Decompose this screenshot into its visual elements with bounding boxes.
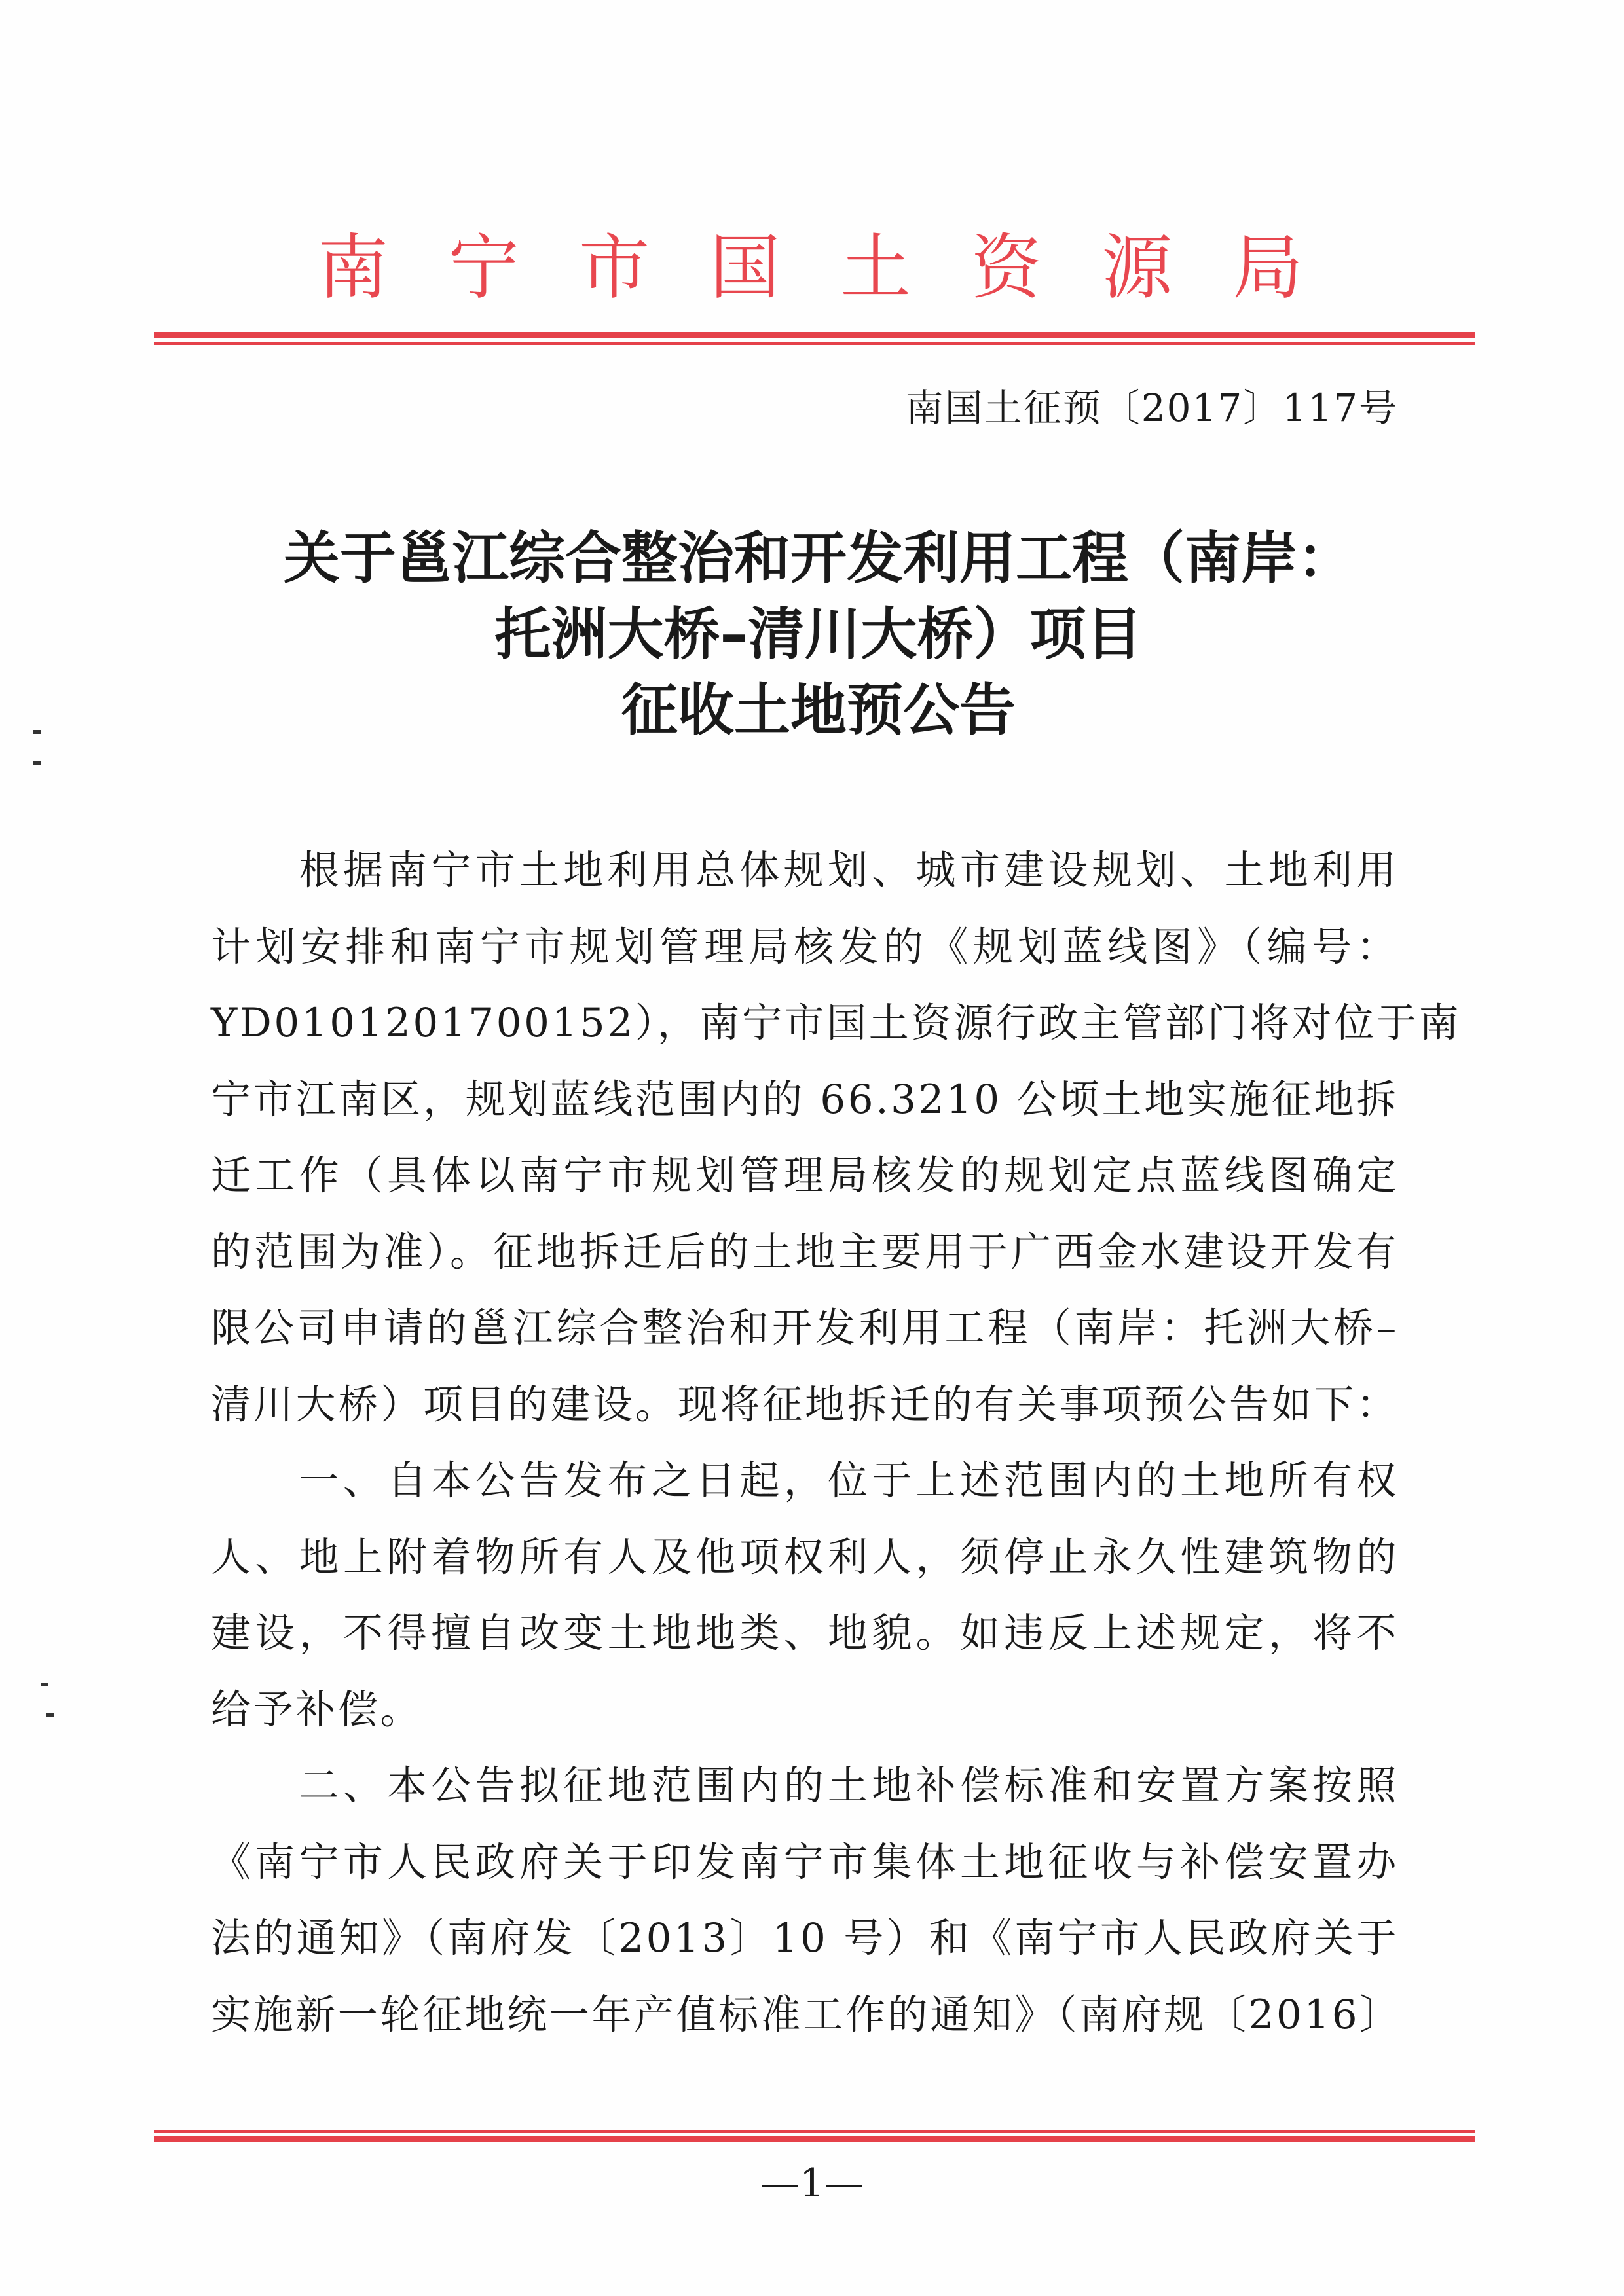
body-line: 清川大桥）项目的建设。现将征地拆迁的有关事项预公告如下： <box>211 1367 1399 1444</box>
document-title: 关于邕江综合整治和开发利用工程（南岸： 托洲大桥–清川大桥）项目 征收土地预公告 <box>131 520 1506 748</box>
issuer-char: 市 <box>579 233 650 304</box>
body-line: 限公司申请的邕江综合整治和开发利用工程（南岸：托洲大桥– <box>211 1290 1399 1367</box>
issuer-char: 宁 <box>449 233 519 304</box>
body-line: 的范围为准）。征地拆迁后的土地主要用于广西金水建设开发有 <box>211 1214 1399 1291</box>
scan-artifact <box>33 761 41 765</box>
footer-rule-thick <box>154 2136 1475 2142</box>
footer-rule-thin <box>154 2130 1475 2133</box>
issuer-header: 南 宁 市 国 土 资 源 局 <box>151 223 1473 314</box>
page-number: —1— <box>0 2160 1624 2206</box>
body-line: 法的通知》（南府发〔2013〕10 号）和《南宁市人民政府关于 <box>211 1901 1399 1977</box>
body-line: 迁工作（具体以南宁市规划管理局核发的规划定点蓝线图确定 <box>211 1138 1399 1214</box>
header-rule-thick <box>154 332 1475 338</box>
document-number: 南国土征预〔2017〕117号 <box>906 385 1398 431</box>
body-line: 根据南宁市土地利用总体规划、城市建设规划、土地利用 <box>211 833 1399 909</box>
issuer-char: 源 <box>1101 233 1172 304</box>
issuer-char: 资 <box>971 233 1042 304</box>
issuer-char: 南 <box>318 233 388 304</box>
body-line: YD0101201700152），南宁市国土资源行政主管部门将对位于南 <box>211 985 1399 1062</box>
document-page: 南 宁 市 国 土 资 源 局 南国土征预〔2017〕117号 关于邕江综合整治… <box>0 0 1624 2296</box>
scan-artifact <box>33 730 41 734</box>
body-line: 建设，不得擅自改变土地地类、地貌。如违反上述规定，将不 <box>211 1595 1399 1672</box>
body-line: 《南宁市人民政府关于印发南宁市集体土地征收与补偿安置办 <box>211 1825 1399 1901</box>
scan-artifact <box>46 1713 54 1717</box>
body-line: 二、本公告拟征地范围内的土地补偿标准和安置方案按照 <box>211 1748 1399 1825</box>
title-line: 关于邕江综合整治和开发利用工程（南岸： <box>131 520 1506 596</box>
title-line: 征收土地预公告 <box>131 672 1506 748</box>
header-rule-thin <box>154 342 1475 345</box>
body-line: 宁市江南区，规划蓝线范围内的 66.3210 公顷土地实施征地拆 <box>211 1062 1399 1139</box>
document-body: 根据南宁市土地利用总体规划、城市建设规划、土地利用计划安排和南宁市规划管理局核发… <box>211 833 1399 2053</box>
issuer-char: 国 <box>710 233 781 304</box>
body-line: 计划安排和南宁市规划管理局核发的《规划蓝线图》（编号： <box>211 909 1399 986</box>
body-line: 给予补偿。 <box>211 1672 1399 1749</box>
body-line: 人、地上附着物所有人及他项权利人，须停止永久性建筑物的 <box>211 1520 1399 1596</box>
title-line: 托洲大桥–清川大桥）项目 <box>131 596 1506 672</box>
body-line: 实施新一轮征地统一年产值标准工作的通知》（南府规〔2016〕 <box>211 1977 1399 2054</box>
issuer-char: 局 <box>1232 233 1303 304</box>
issuer-char: 土 <box>840 233 911 304</box>
body-line: 一、自本公告发布之日起，位于上述范围内的土地所有权 <box>211 1443 1399 1520</box>
scan-artifact <box>41 1683 48 1686</box>
